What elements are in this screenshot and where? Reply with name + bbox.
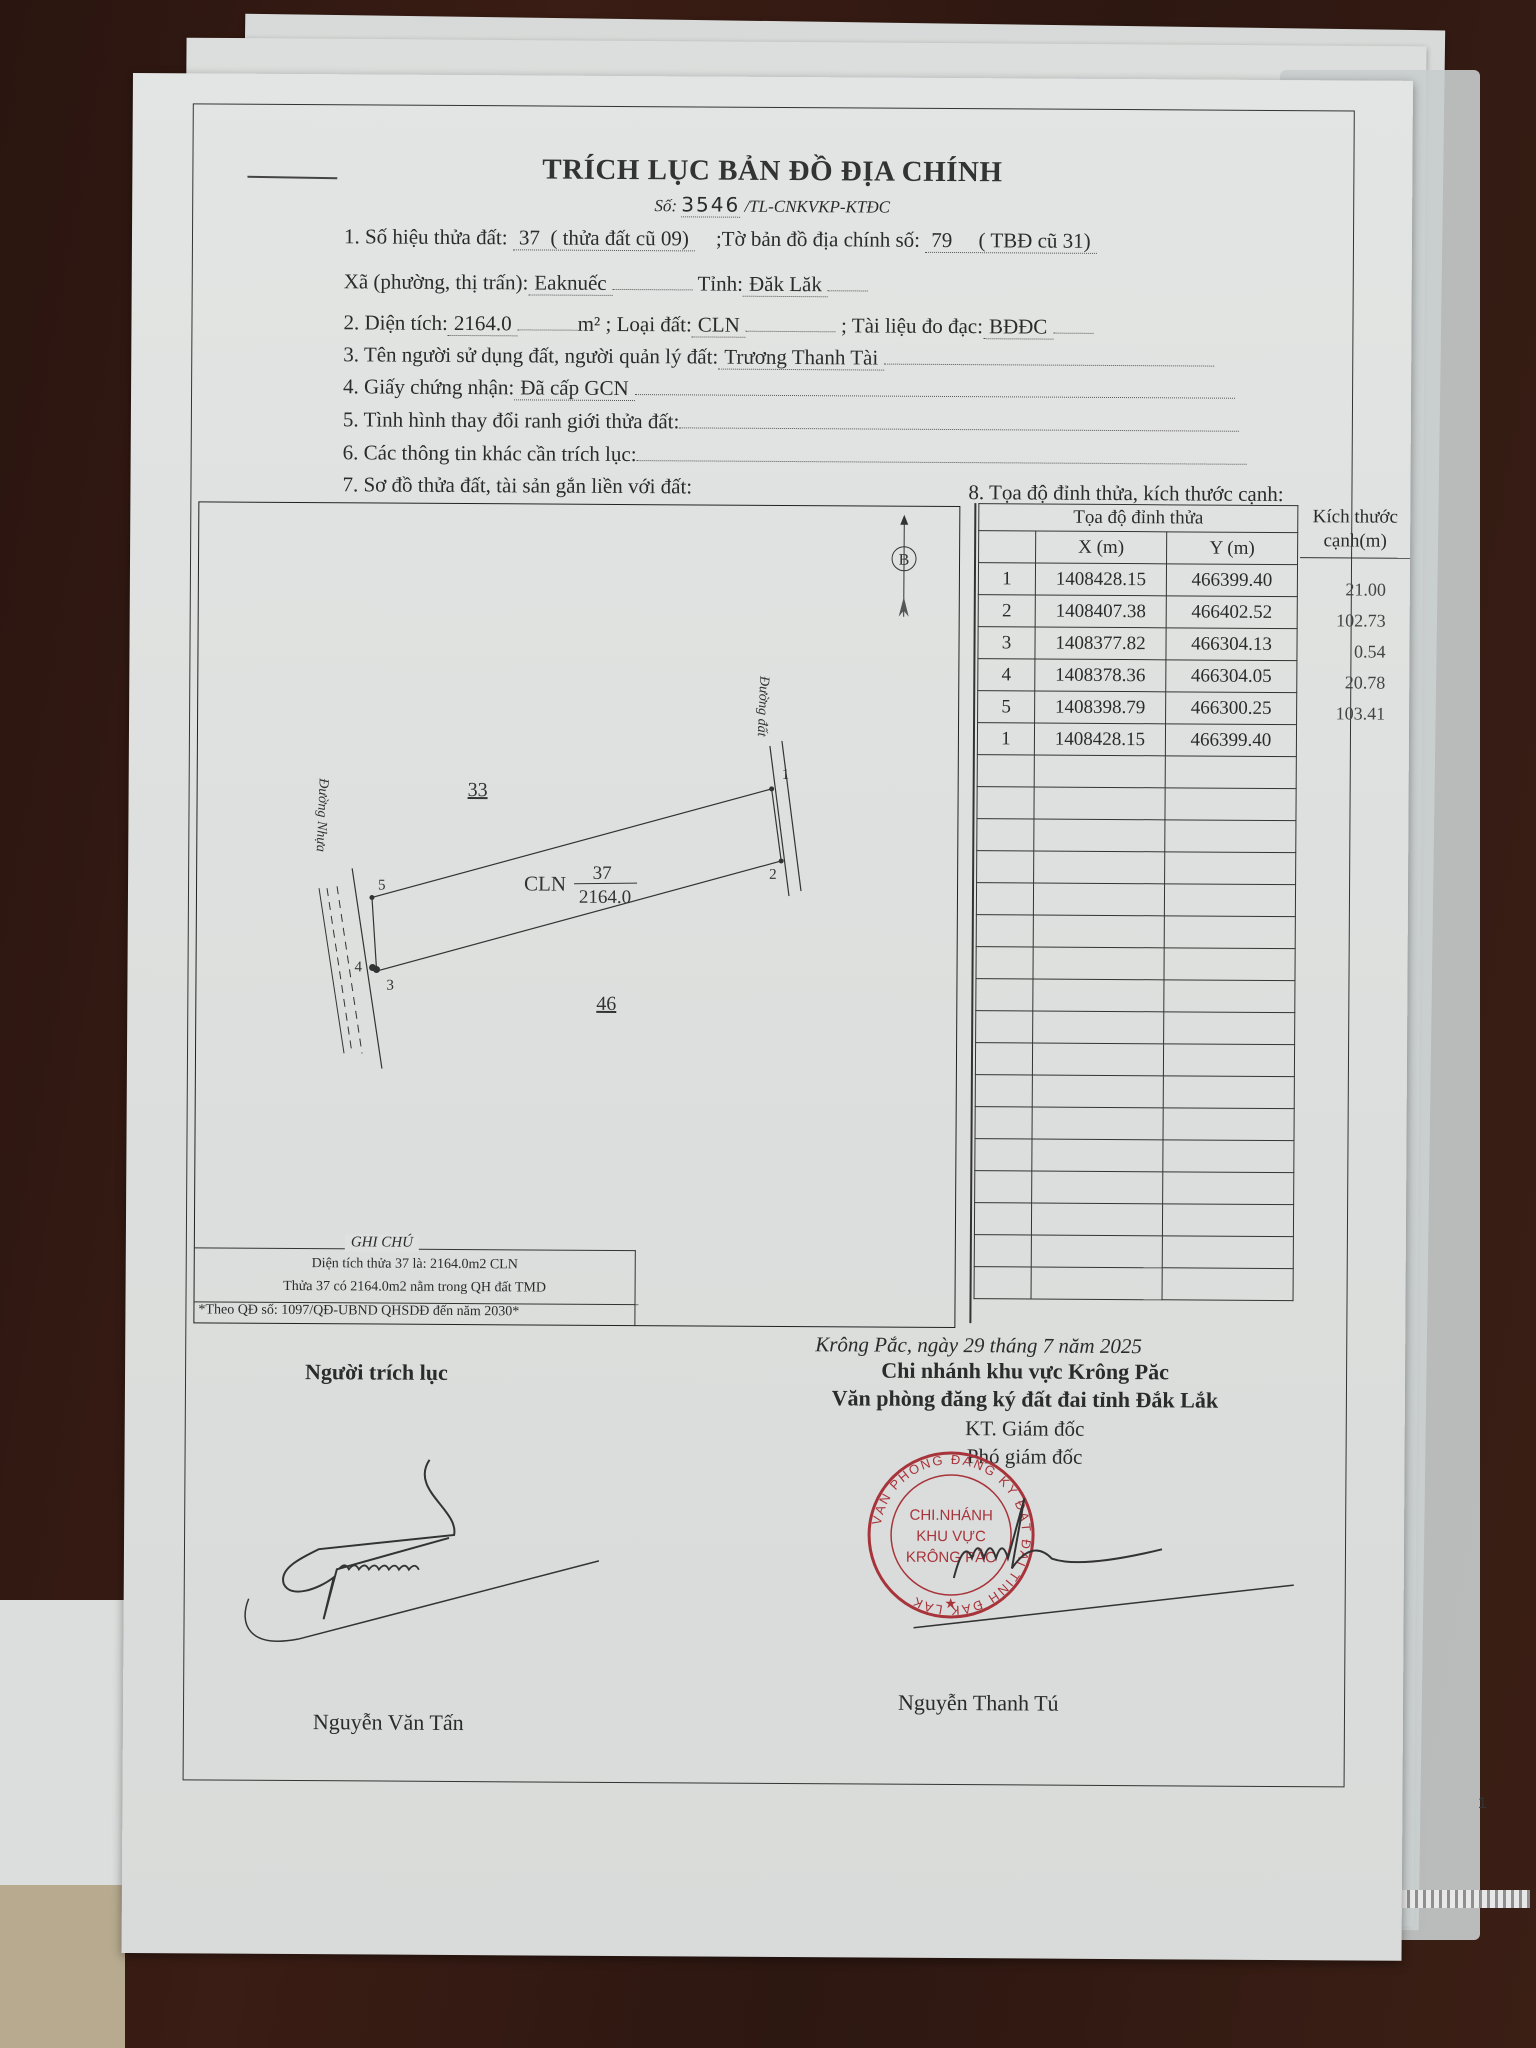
table-row: 21408407.38466402.52 xyxy=(978,595,1297,629)
cadastral-extract-page: TRÍCH LỤC BẢN ĐỒ ĐỊA CHÍNH Số: 3546 /TL-… xyxy=(122,73,1413,1961)
background-sheet xyxy=(0,1600,130,1890)
commune-value: Eaknuếc xyxy=(528,270,612,296)
table-row: 11408428.15466399.40 xyxy=(977,723,1296,757)
svg-text:5: 5 xyxy=(378,878,386,894)
table-row-empty xyxy=(974,1235,1293,1269)
edge-length: 103.41 xyxy=(1299,698,1409,730)
parcel-diagram: B Đường Nhựa Đường đất 12345 33 4 xyxy=(193,501,960,1328)
svg-text:2164.0: 2164.0 xyxy=(579,887,631,908)
table-row-empty xyxy=(976,883,1295,917)
extractor-signature-icon xyxy=(218,1449,639,1672)
date-line: Krông Pắc, ngày 29 tháng 7 năm 2025 xyxy=(815,1332,1142,1359)
road-left: Đường Nhựa xyxy=(311,777,383,1069)
table-row-empty xyxy=(977,851,1296,885)
notes-line-3: *Theo QĐ số: 1097/QĐ-UBND QHSDĐ đến năm … xyxy=(194,1301,638,1321)
table-row-empty xyxy=(975,1139,1294,1173)
extractor-label: Người trích lục xyxy=(305,1359,448,1386)
notes-box: GHI CHÚ Diện tích thửa 37 là: 2164.0m2 C… xyxy=(194,1247,634,1325)
parcel-no-value: 37 ( thửa đất cũ 09) xyxy=(513,225,695,251)
edge-length: 21.00 xyxy=(1300,574,1410,606)
coord-cell-y: 466304.13 xyxy=(1166,628,1297,661)
table-row-empty xyxy=(977,819,1296,853)
coord-cell-y: 466304.05 xyxy=(1166,660,1297,693)
table-row: 11408428.15466399.40 xyxy=(978,563,1297,597)
svg-text:3: 3 xyxy=(386,978,394,994)
signer-name: Nguyễn Thanh Tú xyxy=(898,1690,1059,1717)
table-row: 31408377.82466304.13 xyxy=(978,627,1297,661)
coord-cell-x: 1408407.38 xyxy=(1035,595,1166,628)
field-parcel-no: 1. Số hiệu thửa đất: 37 ( thửa đất cũ 09… xyxy=(344,224,1097,254)
parcel-vertices: 12345 xyxy=(354,764,789,996)
coord-cell-x: 1408428.15 xyxy=(1034,723,1165,756)
cork-board xyxy=(0,1885,125,2048)
edge-length: 0.54 xyxy=(1299,636,1409,668)
owner-value: Trương Thanh Tài xyxy=(718,345,884,371)
document-number-value: 3546 xyxy=(681,192,740,217)
table-row-empty xyxy=(976,979,1295,1013)
svg-text:CLN: CLN xyxy=(524,871,566,895)
coord-cell-y: 466402.52 xyxy=(1166,596,1297,629)
road-right: Đường đất xyxy=(753,675,803,896)
coord-cell-y: 466399.40 xyxy=(1166,564,1297,597)
table-row-empty xyxy=(975,1107,1294,1141)
y-header: Y (m) xyxy=(1167,532,1298,565)
svg-text:33: 33 xyxy=(468,779,488,801)
org-line-2: Văn phòng đăng ký đất đai tỉnh Đắk Lắk xyxy=(805,1385,1245,1414)
certificate-value: Đã cấp GCN xyxy=(514,375,635,401)
coord-cell-x: 1408378.36 xyxy=(1035,659,1166,692)
table-row-empty xyxy=(976,1011,1295,1045)
svg-text:46: 46 xyxy=(596,993,616,1015)
table-row-empty xyxy=(975,1171,1294,1205)
table-row-empty xyxy=(977,755,1296,789)
coord-cell-idx: 3 xyxy=(978,627,1035,659)
x-header: X (m) xyxy=(1036,531,1167,564)
coord-cell-idx: 1 xyxy=(978,563,1035,595)
coord-cell-x: 1408398.79 xyxy=(1035,691,1166,724)
sleeve-page-marker: 1 xyxy=(1478,1795,1487,1813)
coord-cell-y: 466300.25 xyxy=(1166,692,1297,725)
signer-signature-icon xyxy=(913,1478,1314,1640)
field-commune: Xã (phường, thị trấn):Eaknuếc Tỉnh:Đăk L… xyxy=(344,269,868,297)
province-value: Đăk Lăk xyxy=(743,272,828,298)
org-line-1: Chi nhánh khu vực Krông Păc xyxy=(825,1357,1225,1385)
field-diagram-label: 7. Sơ đồ thửa đất, tài sản gắn liền với … xyxy=(342,472,692,499)
field-owner: 3. Tên người sử dụng đất, người quản lý … xyxy=(343,342,1214,372)
svg-text:37: 37 xyxy=(593,863,612,884)
svg-text:Đường đất: Đường đất xyxy=(754,675,772,738)
survey-doc-value: BĐĐC xyxy=(983,314,1054,339)
map-sheet-value: 79 ( TBĐ cũ 31) xyxy=(925,228,1097,254)
notes-line-2: Thửa 37 có 2164.0m2 nằm trong QH đất TMD xyxy=(195,1278,635,1297)
coord-cell-y: 466399.40 xyxy=(1165,724,1296,757)
north-arrow-icon: B xyxy=(892,515,917,617)
coord-cell-idx: 5 xyxy=(978,691,1035,723)
coord-cell-x: 1408428.15 xyxy=(1035,563,1166,596)
coord-cell-idx: 4 xyxy=(978,659,1035,691)
edge-header: Kích thước cạnh(m) xyxy=(1300,505,1410,559)
svg-text:1: 1 xyxy=(782,767,790,783)
coord-cell-idx: 1 xyxy=(977,723,1034,755)
svg-text:4: 4 xyxy=(354,959,362,975)
parcel-sketch: B Đường Nhựa Đường đất 12345 33 4 xyxy=(194,502,959,1327)
table-row-empty xyxy=(974,1203,1293,1237)
coords-table: Tọa độ đỉnh thửa X (m) Y (m) 11408428.15… xyxy=(974,503,1299,1301)
notes-line-1: Diện tích thửa 37 là: 2164.0m2 CLN xyxy=(195,1255,635,1274)
table-row-empty xyxy=(974,1267,1293,1301)
extractor-name: Nguyễn Văn Tấn xyxy=(313,1709,464,1736)
land-type-value: CLN xyxy=(692,312,746,337)
coord-cell-idx: 2 xyxy=(978,595,1035,627)
area-value: 2164.0 xyxy=(448,311,518,336)
svg-text:Đường Nhựa: Đường Nhựa xyxy=(313,777,331,852)
table-row-empty xyxy=(975,1075,1294,1109)
svg-text:2: 2 xyxy=(769,867,777,883)
table-row-empty xyxy=(977,787,1296,821)
table-row-empty xyxy=(976,947,1295,981)
table-row-empty xyxy=(976,915,1295,949)
table-row: 41408378.36466304.05 xyxy=(978,659,1297,693)
edge-length: 102.73 xyxy=(1300,605,1410,637)
kt-line: KT. Giám đốc xyxy=(825,1415,1225,1442)
table-row: 51408398.79466300.25 xyxy=(978,691,1297,725)
notes-header: GHI CHÚ xyxy=(345,1234,419,1251)
table-row-empty xyxy=(975,1043,1294,1077)
coords-group-header: Tọa độ đỉnh thửa xyxy=(979,504,1298,533)
edge-length: 20.78 xyxy=(1299,667,1409,699)
edge-lengths-column: Kích thước cạnh(m) 21.00102.730.5420.781… xyxy=(1299,505,1410,730)
svg-text:B: B xyxy=(899,552,910,569)
coord-cell-x: 1408377.82 xyxy=(1035,627,1166,660)
field-area: 2. Diện tích:2164.0m² ; Loại đất:CLN ; T… xyxy=(343,310,1093,340)
